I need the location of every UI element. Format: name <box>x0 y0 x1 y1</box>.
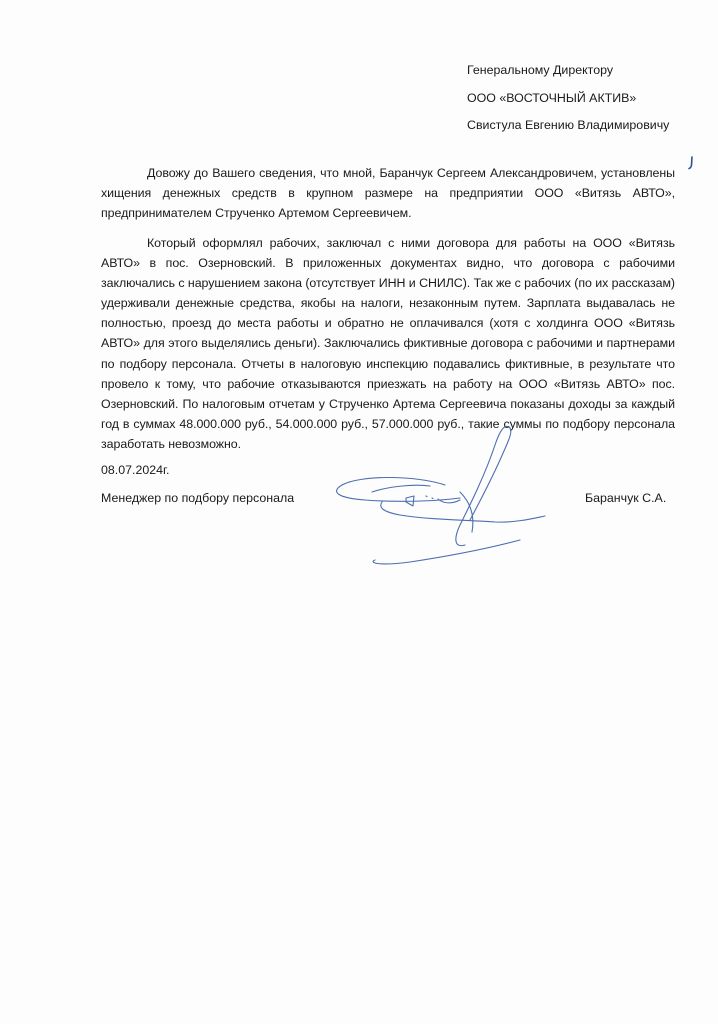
addressee-name: Свистула Евгению Владимировичу <box>467 112 669 140</box>
addressee-block: Генеральному Директору ООО «ВОСТОЧНЫЙ АК… <box>467 57 669 140</box>
statement-paragraph-1: Довожу до Вашего сведения, что мной, Бар… <box>101 163 675 223</box>
paragraph-text: Довожу до Вашего сведения, что мной, Бар… <box>101 163 675 223</box>
document-page: Генеральному Директору ООО «ВОСТОЧНЫЙ АК… <box>0 0 718 1024</box>
addressee-title: Генеральному Директору <box>467 57 669 85</box>
pen-mark-icon <box>688 156 694 170</box>
handwritten-signature-icon <box>320 420 550 570</box>
document-date: 08.07.2024г. <box>101 463 169 477</box>
addressee-company: ООО «ВОСТОЧНЫЙ АКТИВ» <box>467 85 669 113</box>
signer-position: Менеджер по подбору персонала <box>101 491 294 505</box>
signer-name: Баранчук С.А. <box>585 491 666 505</box>
